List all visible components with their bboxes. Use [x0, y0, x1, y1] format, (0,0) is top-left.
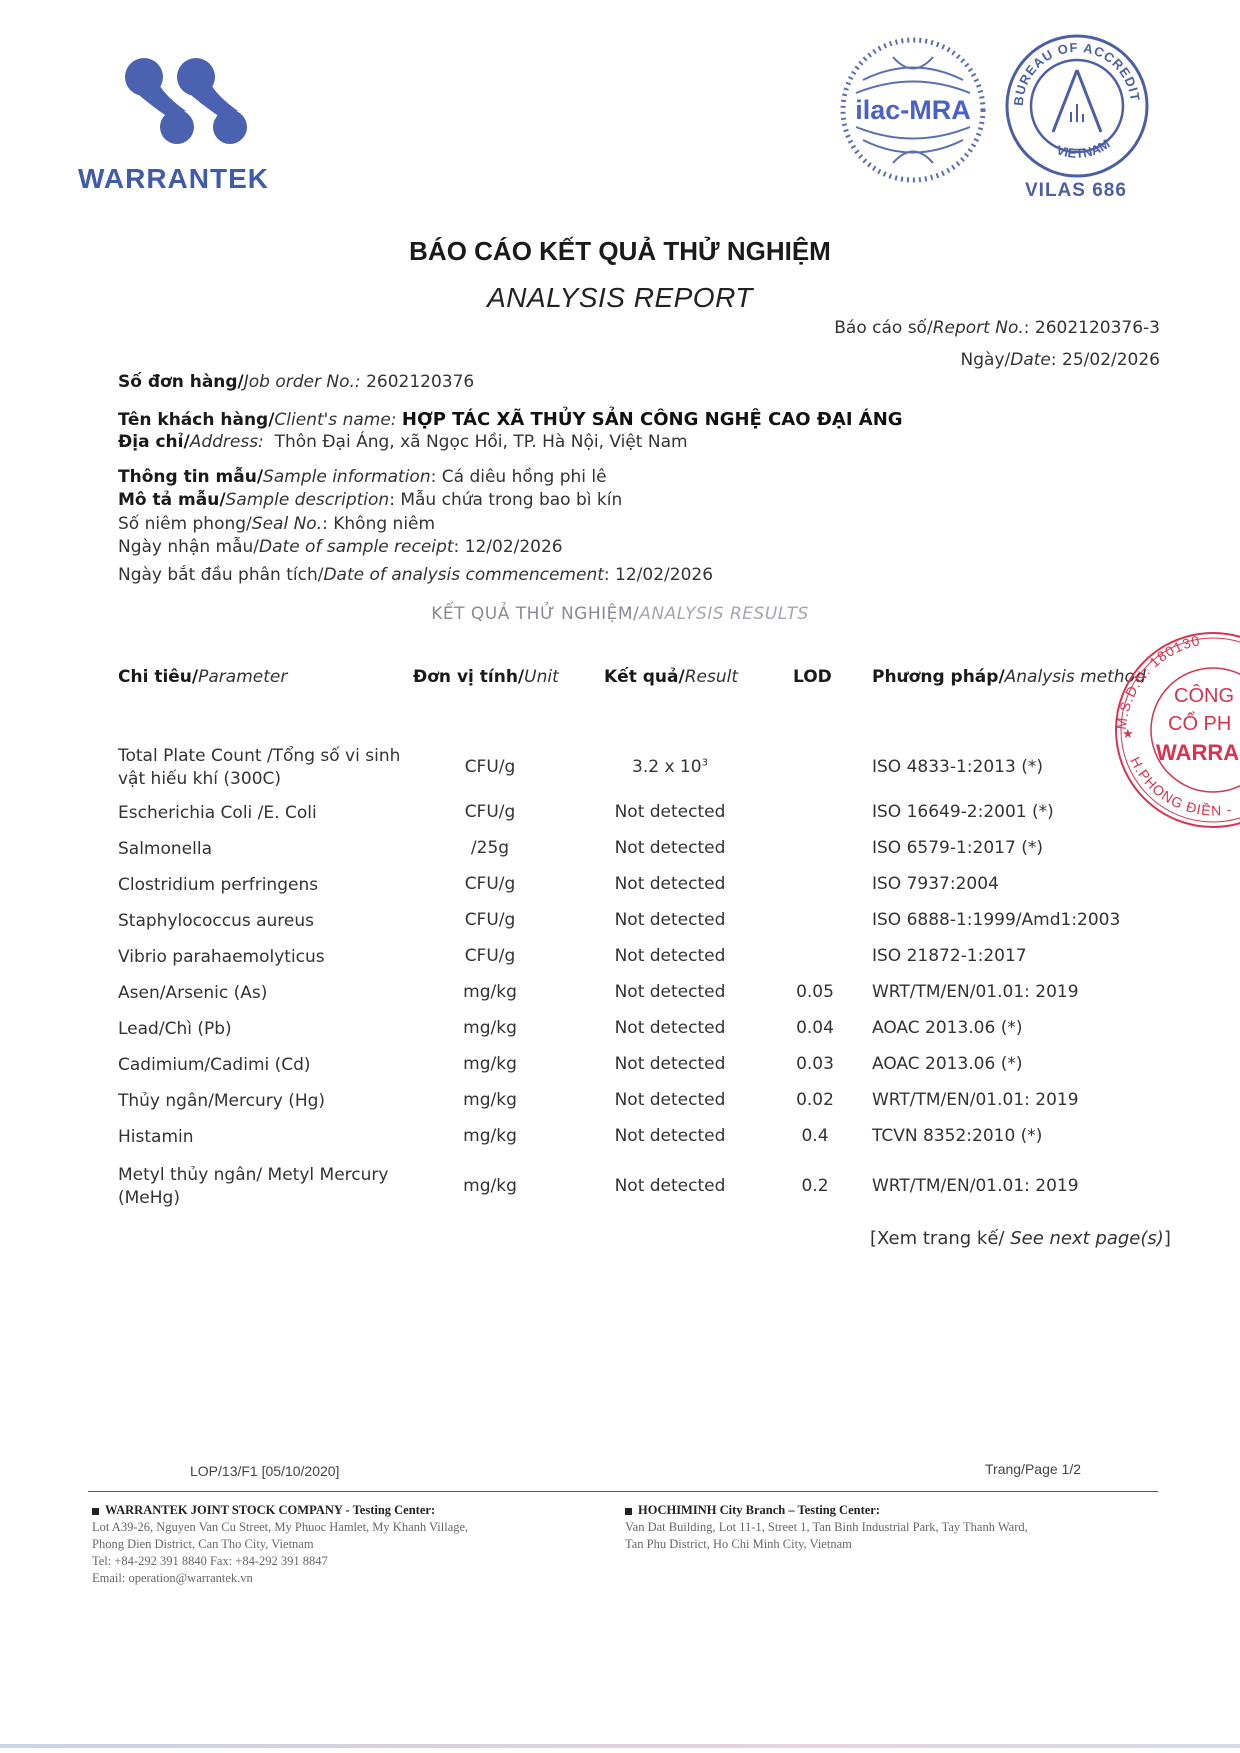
cell-method: ISO 6579-1:2017 (*) — [872, 838, 1043, 858]
vilas-code: VILAS 686 — [1025, 180, 1127, 202]
cell-unit: /25g — [440, 838, 540, 858]
client-address: Địa chỉ/Address: Thôn Đại Áng, xã Ngọc H… — [118, 432, 688, 452]
cell-method: ISO 16649-2:2001 (*) — [872, 802, 1054, 822]
cell-method: WRT/TM/EN/01.01: 2019 — [872, 1090, 1079, 1110]
cell-result: 3.2 x 103 — [590, 757, 750, 777]
svg-text:ilac-MRA: ilac-MRA — [855, 95, 971, 125]
accreditation-seal: BUREAU OF ACCREDITATION VIETNAM — [1003, 32, 1151, 180]
sample-description: Mô tả mẫu/Sample description: Mẫu chứa t… — [118, 490, 622, 510]
column-header-lod: LOD — [793, 667, 832, 687]
cell-method: ISO 4833-1:2013 (*) — [872, 757, 1043, 777]
cell-unit: mg/kg — [440, 1126, 540, 1146]
svg-text:CÔNG: CÔNG — [1174, 684, 1234, 707]
cell-result: Not detected — [590, 1054, 750, 1074]
report-title-vi: BÁO CÁO KẾT QUẢ THỬ NGHIỆM — [0, 236, 1240, 267]
cell-result: Not detected — [590, 874, 750, 894]
cell-method: WRT/TM/EN/01.01: 2019 — [872, 1176, 1079, 1196]
cell-result: Not detected — [590, 982, 750, 1002]
cell-lod: 0.05 — [785, 982, 845, 1002]
sample-information: Thông tin mẫu/Sample information: Cá diê… — [118, 467, 607, 487]
cell-lod: 0.4 — [785, 1126, 845, 1146]
cell-lod: 0.02 — [785, 1090, 845, 1110]
warrantek-molecule-icon — [70, 55, 290, 165]
bullet-icon — [625, 1508, 632, 1515]
ilac-mra-logo: ilac-MRA — [838, 35, 988, 185]
footer-hcm-branch: HOCHIMINH City Branch – Testing Center: … — [625, 1502, 1028, 1553]
cell-unit: CFU/g — [440, 946, 540, 966]
cell-result: Not detected — [590, 838, 750, 858]
job-order: Số đơn hàng/Job order No.: 2602120376 — [118, 372, 474, 392]
column-header-parameter: Chi tiêu/Parameter — [118, 667, 287, 687]
cell-parameter: Staphylococcus aureus — [118, 910, 418, 933]
scan-edge — [0, 1744, 1240, 1748]
cell-unit: mg/kg — [440, 1018, 540, 1038]
cell-method: TCVN 8352:2010 (*) — [872, 1126, 1042, 1146]
analysis-commencement-date: Ngày bắt đầu phân tích/Date of analysis … — [118, 565, 713, 585]
ilac-mra-icon: ilac-MRA — [838, 35, 988, 185]
cell-method: ISO 21872-1:2017 — [872, 946, 1027, 966]
accreditation-icon: BUREAU OF ACCREDITATION VIETNAM — [1003, 32, 1151, 180]
see-next-page-note: [Xem trang kế/ See next page(s)] — [870, 1228, 1171, 1249]
page-number: Trang/Page 1/2 — [985, 1461, 1081, 1477]
cell-unit: CFU/g — [440, 757, 540, 777]
column-header-result: Kết quả/Result — [604, 667, 738, 687]
cell-result: Not detected — [590, 910, 750, 930]
svg-text:★: ★ — [1122, 726, 1134, 741]
cell-result: Not detected — [590, 1126, 750, 1146]
cell-unit: mg/kg — [440, 1176, 540, 1196]
cell-parameter: Vibrio parahaemolyticus — [118, 946, 418, 969]
cell-method: ISO 7937:2004 — [872, 874, 999, 894]
cell-unit: CFU/g — [440, 802, 540, 822]
cell-result: Not detected — [590, 1090, 750, 1110]
red-seal-stamp-icon: M.S.D.N: 180130 H.PHONG ĐIỀN - ★ CÔNG CỔ… — [1108, 620, 1240, 840]
cell-method: ISO 6888-1:1999/Amd1:2003 — [872, 910, 1120, 930]
svg-text:CỔ PH: CỔ PH — [1168, 711, 1231, 735]
cell-parameter: Thủy ngân/Mercury (Hg) — [118, 1090, 418, 1113]
cell-lod: 0.2 — [785, 1176, 845, 1196]
bullet-icon — [92, 1508, 99, 1515]
report-date: Ngày/Date: 25/02/2026 — [961, 350, 1160, 370]
cell-unit: mg/kg — [440, 1054, 540, 1074]
cell-method: WRT/TM/EN/01.01: 2019 — [872, 982, 1079, 1002]
cell-parameter: Escherichia Coli /E. Coli — [118, 802, 418, 825]
report-number: Báo cáo số/Report No.: 2602120376-3 — [834, 318, 1160, 338]
column-header-method: Phương pháp/Analysis method — [872, 667, 1146, 687]
column-header-unit: Đơn vị tính/Unit — [413, 667, 559, 687]
cell-result: Not detected — [590, 1176, 750, 1196]
cell-unit: mg/kg — [440, 1090, 540, 1110]
cell-parameter: Asen/Arsenic (As) — [118, 982, 418, 1005]
footer-head-office: WARRANTEK JOINT STOCK COMPANY - Testing … — [92, 1502, 468, 1587]
cell-unit: CFU/g — [440, 874, 540, 894]
warrantek-logo: WARRANTEK — [70, 55, 290, 195]
report-date-value: 25/02/2026 — [1062, 350, 1160, 370]
report-number-value: 2602120376-3 — [1035, 318, 1160, 338]
cell-parameter: Histamin — [118, 1126, 418, 1149]
form-code: LOP/13/F1 [05/10/2020] — [190, 1463, 339, 1479]
cell-parameter: Salmonella — [118, 838, 418, 861]
cell-parameter: Cadimium/Cadimi (Cd) — [118, 1054, 418, 1077]
cell-parameter: Lead/Chì (Pb) — [118, 1018, 418, 1041]
cell-parameter: Clostridium perfringens — [118, 874, 418, 897]
cell-parameter: Metyl thủy ngân/ Metyl Mercury (MeHg) — [118, 1164, 418, 1210]
footer-divider — [88, 1491, 1158, 1492]
cell-lod: 0.03 — [785, 1054, 845, 1074]
cell-result: Not detected — [590, 802, 750, 822]
client-name: Tên khách hàng/Client's name: HỢP TÁC XÃ… — [118, 409, 903, 430]
cell-unit: mg/kg — [440, 982, 540, 1002]
company-stamp: M.S.D.N: 180130 H.PHONG ĐIỀN - ★ CÔNG CỔ… — [1108, 620, 1240, 840]
cell-method: AOAC 2013.06 (*) — [872, 1054, 1023, 1074]
cell-parameter: Total Plate Count /Tổng số vi sinh vật h… — [118, 745, 418, 791]
cell-result: Not detected — [590, 946, 750, 966]
report-title-en: ANALYSIS REPORT — [0, 282, 1240, 314]
results-section-title: KẾT QUẢ THỬ NGHIỆM/ANALYSIS RESULTS — [0, 604, 1240, 624]
svg-text:VIETNAM: VIETNAM — [1054, 136, 1112, 161]
cell-unit: CFU/g — [440, 910, 540, 930]
cell-lod: 0.04 — [785, 1018, 845, 1038]
sample-receipt-date: Ngày nhận mẫu/Date of sample receipt: 12… — [118, 537, 563, 557]
cell-result: Not detected — [590, 1018, 750, 1038]
logo-wordmark: WARRANTEK — [78, 163, 269, 195]
seal-number: Số niêm phong/Seal No.: Không niêm — [118, 514, 435, 534]
svg-text:WARRAN: WARRAN — [1156, 740, 1240, 765]
cell-method: AOAC 2013.06 (*) — [872, 1018, 1023, 1038]
